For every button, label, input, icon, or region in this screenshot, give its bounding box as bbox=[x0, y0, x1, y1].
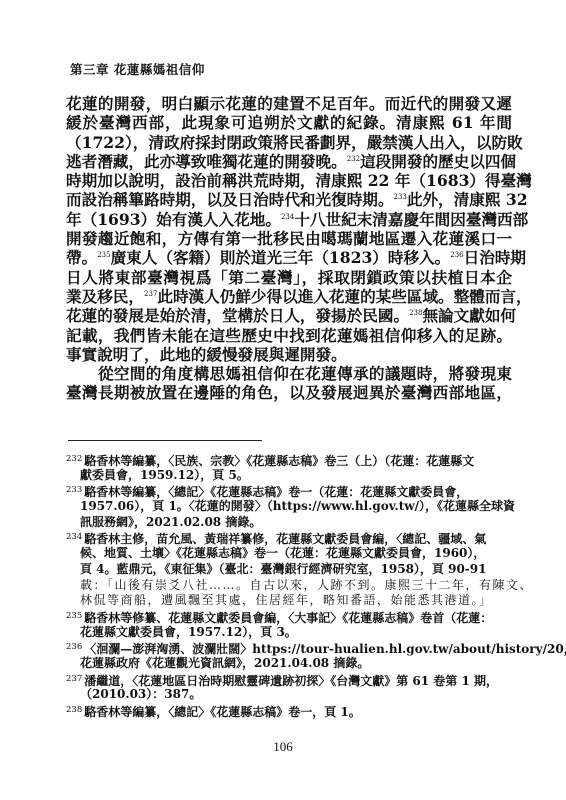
body-text-span: 年（1693）始有漢人入花地。 bbox=[66, 210, 281, 229]
body-line: 事實說明了，此地的緩慢發展與遲開發。 bbox=[66, 345, 512, 364]
footnote-line: 獻委員會，1959.12），頁 5。 bbox=[66, 468, 516, 484]
footnote-line: 花蓮縣文獻委員會，1957.12），頁 3。 bbox=[66, 625, 516, 641]
footnote-text[interactable]: 〈洄瀾—澎湃洶湧、波瀾壯闊〉https://tour-hualien.hl.go… bbox=[84, 642, 566, 656]
body-line: 而設治稱篳路時期，以及日治時代和光復時期。233此外，清康熙 32 bbox=[66, 190, 512, 209]
footnote-quote-line: 林侃等商船，遭風飄至其處，住居經年，略知番語，始能悉其港道。」 bbox=[66, 593, 516, 609]
footnote-line: 235駱香林等修纂、花蓮縣文獻委員會編，〈大事記〉《花蓮縣志稿》卷首（花蓮： bbox=[66, 609, 516, 625]
footnote-text: 駱香林等編纂，〈總記〉《花蓮縣志稿》卷一（花蓮：花蓮縣文獻委員會， bbox=[84, 485, 468, 499]
footnote-236: 236〈洄瀾—澎湃洶湧、波瀾壯闊〉https://tour-hualien.hl… bbox=[66, 640, 516, 671]
body-text-span: 而設治稱篳路時期，以及日治時代和光復時期。 bbox=[66, 190, 393, 209]
body-text: 花蓮的開發，明白顯示花蓮的建置不足百年。而近代的開發又遲 緩於臺灣西部，此現象可… bbox=[66, 94, 512, 403]
footnote-line: 236〈洄瀾—澎湃洶湧、波瀾壯闊〉https://tour-hualien.hl… bbox=[66, 640, 516, 656]
body-line: 記載，我們皆未能在這些歷史中找到花蓮媽祖信仰移入的足跡。 bbox=[66, 326, 512, 345]
body-text-span: 日治時期 bbox=[464, 248, 526, 267]
body-line: 開發趨近飽和，方傳有第一批移民由噶瑪蘭地區遷入花蓮溪口一 bbox=[66, 229, 512, 248]
body-text-span: 帶。 bbox=[66, 248, 97, 267]
footnote-number: 233 bbox=[66, 485, 82, 495]
running-header: 第三章 花蓮縣媽祖信仰 bbox=[70, 60, 205, 78]
page-number: 106 bbox=[0, 739, 566, 755]
body-line: 緩於臺灣西部，此現象可追朔於文獻的紀錄。清康熙 61 年間 bbox=[66, 113, 512, 132]
body-text-span: 廣東人（客籍）則於道光三年（1823）時移入。 bbox=[111, 248, 451, 267]
footnote-line: 232駱香林等編纂，〈民族、宗教〉《花蓮縣志稿》卷三（上）（花蓮：花蓮縣文 bbox=[66, 452, 516, 468]
footnote-line: 訊服務網》，2021.02.08 摘錄。 bbox=[66, 515, 516, 531]
body-text-span: 這段開發的歷史以四個 bbox=[360, 152, 516, 171]
body-line: 臺灣長期被放置在邊陲的角色，以及發展迥異於臺灣西部地區， bbox=[66, 383, 512, 402]
footnote-text: 駱香林主修，苗允風、黃瑞祥纂修，花蓮縣文獻委員會編，〈總記、疆域、氣 bbox=[84, 532, 486, 546]
body-line: 花蓮的開發，明白顯示花蓮的建置不足百年。而近代的開發又遲 bbox=[66, 94, 512, 113]
body-line: 業及移民，237此時漢人仍鮮少得以進入花蓮的某些區域。整體而言， bbox=[66, 287, 512, 306]
footnote-text: 駱香林等編纂，〈民族、宗教〉《花蓮縣志稿》卷三（上）（花蓮：花蓮縣文 bbox=[84, 454, 474, 468]
body-text-span: 無論文獻如何 bbox=[422, 306, 516, 325]
footnote-text: 駱香林等修纂、花蓮縣文獻委員會編，〈大事記〉《花蓮縣志稿》卷首（花蓮： bbox=[84, 611, 492, 625]
footnote-number: 237 bbox=[66, 674, 82, 684]
footnote-line: 237潘繼道，〈花蓮地區日治時期慰靈碑遺跡初探〉《台灣文獻》第 61 卷第 1 … bbox=[66, 672, 516, 688]
footnote-ref[interactable]: 236 bbox=[450, 251, 463, 259]
footnote-number: 235 bbox=[66, 611, 82, 621]
footnote-ref[interactable]: 232 bbox=[347, 155, 360, 163]
body-line: 逃者潛藏，此亦導致唯獨花蓮的開發晚。232這段開發的歷史以四個 bbox=[66, 152, 512, 171]
footnote-number: 238 bbox=[66, 705, 82, 715]
body-text-span: 此時漢人仍鮮少得以進入花蓮的某些區域。整體而言， bbox=[157, 287, 531, 306]
footnote-text: 潘繼道，〈花蓮地區日治時期慰靈碑遺跡初探〉《台灣文獻》第 61 卷第 1 期， bbox=[84, 674, 498, 688]
body-text-span: 逃者潛藏，此亦導致唯獨花蓮的開發晚。 bbox=[66, 152, 347, 171]
footnote-ref[interactable]: 235 bbox=[97, 251, 110, 259]
footnote-ref[interactable]: 233 bbox=[393, 193, 406, 201]
footnote-line: 233駱香林等編纂，〈總記〉《花蓮縣志稿》卷一（花蓮：花蓮縣文獻委員會， bbox=[66, 483, 516, 499]
body-line: 帶。235廣東人（客籍）則於道光三年（1823）時移入。236日治時期 bbox=[66, 248, 512, 267]
footnote-line: 234駱香林主修，苗允風、黃瑞祥纂修，花蓮縣文獻委員會編，〈總記、疆域、氣 bbox=[66, 530, 516, 546]
footnote-line: 238駱香林等編纂，〈總記〉《花蓮縣志稿》卷一，頁 1。 bbox=[66, 703, 516, 719]
footnote-line: （2010.03）：387。 bbox=[66, 687, 516, 703]
body-text-span: 此外，清康熙 32 bbox=[407, 190, 528, 209]
footnote-234: 234駱香林主修，苗允風、黃瑞祥纂修，花蓮縣文獻委員會編，〈總記、疆域、氣 候、… bbox=[66, 530, 516, 608]
body-line: 花蓮的發展是始於清，堂構於日人，發揚於民國。238無論文獻如何 bbox=[66, 306, 512, 325]
footnote-ref[interactable]: 238 bbox=[409, 309, 422, 317]
body-line: 時期加以說明，設治前稱洪荒時期，清康熙 22 年（1683）得臺灣 bbox=[66, 171, 512, 190]
footnote-232: 232駱香林等編纂，〈民族、宗教〉《花蓮縣志稿》卷三（上）（花蓮：花蓮縣文 獻委… bbox=[66, 452, 516, 483]
body-line: 日人將東部臺灣視爲「第二臺灣」，採取閉鎖政策以扶植日本企 bbox=[66, 268, 512, 287]
footnote-ref[interactable]: 234 bbox=[281, 213, 294, 221]
footnote-text: 駱香林等編纂，〈總記〉《花蓮縣志稿》卷一，頁 1。 bbox=[84, 705, 361, 719]
footnote-line: 花蓮縣政府《花蓮觀光資訊網》，2021.04.08 摘錄。 bbox=[66, 656, 516, 672]
body-line: 從空間的角度構思媽祖信仰在花蓮傳承的議題時，將發現東 bbox=[66, 364, 512, 383]
body-line: 年（1693）始有漢人入花地。234十八世紀末清嘉慶年間因臺灣西部 bbox=[66, 210, 512, 229]
footnote-238: 238駱香林等編纂，〈總記〉《花蓮縣志稿》卷一，頁 1。 bbox=[66, 703, 516, 719]
footnote-237: 237潘繼道，〈花蓮地區日治時期慰靈碑遺跡初探〉《台灣文獻》第 61 卷第 1 … bbox=[66, 672, 516, 703]
footnote-235: 235駱香林等修纂、花蓮縣文獻委員會編，〈大事記〉《花蓮縣志稿》卷首（花蓮： 花… bbox=[66, 609, 516, 640]
body-text-span: 業及移民， bbox=[66, 287, 144, 306]
footnote-line: 1957.06），頁 1。〈花蓮的開發〉（https://www.hl.gov.… bbox=[66, 499, 516, 515]
footnote-233: 233駱香林等編纂，〈總記〉《花蓮縣志稿》卷一（花蓮：花蓮縣文獻委員會， 195… bbox=[66, 483, 516, 530]
footnote-ref[interactable]: 237 bbox=[144, 290, 157, 298]
body-line: （1722），清政府採封閉政策將民番劃界，嚴禁漢人出入，以防敗 bbox=[66, 133, 512, 152]
body-text-span: 十八世紀末清嘉慶年間因臺灣西部 bbox=[294, 210, 528, 229]
body-text-span: 花蓮的發展是始於清，堂構於日人，發揚於民國。 bbox=[66, 306, 409, 325]
footnote-line: 頁 4。藍鼎元，《東征集》（臺北：臺灣銀行經濟研究室，1958），頁 90-91 bbox=[66, 562, 516, 578]
footnote-number: 232 bbox=[66, 454, 82, 464]
footnote-divider bbox=[68, 440, 262, 441]
footnote-number: 236 bbox=[66, 642, 82, 652]
footnote-line: 候、地質、土壤〉《花蓮縣志稿》卷一（花蓮：花蓮縣文獻委員會，1960）， bbox=[66, 546, 516, 562]
footnote-number: 234 bbox=[66, 532, 82, 542]
footnote-quote-line: 載：「山後有崇爻八社……。自古以來，人跡不到。康熙三十二年，有陳文、 bbox=[66, 578, 516, 594]
footnotes: 232駱香林等編纂，〈民族、宗教〉《花蓮縣志稿》卷三（上）（花蓮：花蓮縣文 獻委… bbox=[66, 452, 516, 719]
